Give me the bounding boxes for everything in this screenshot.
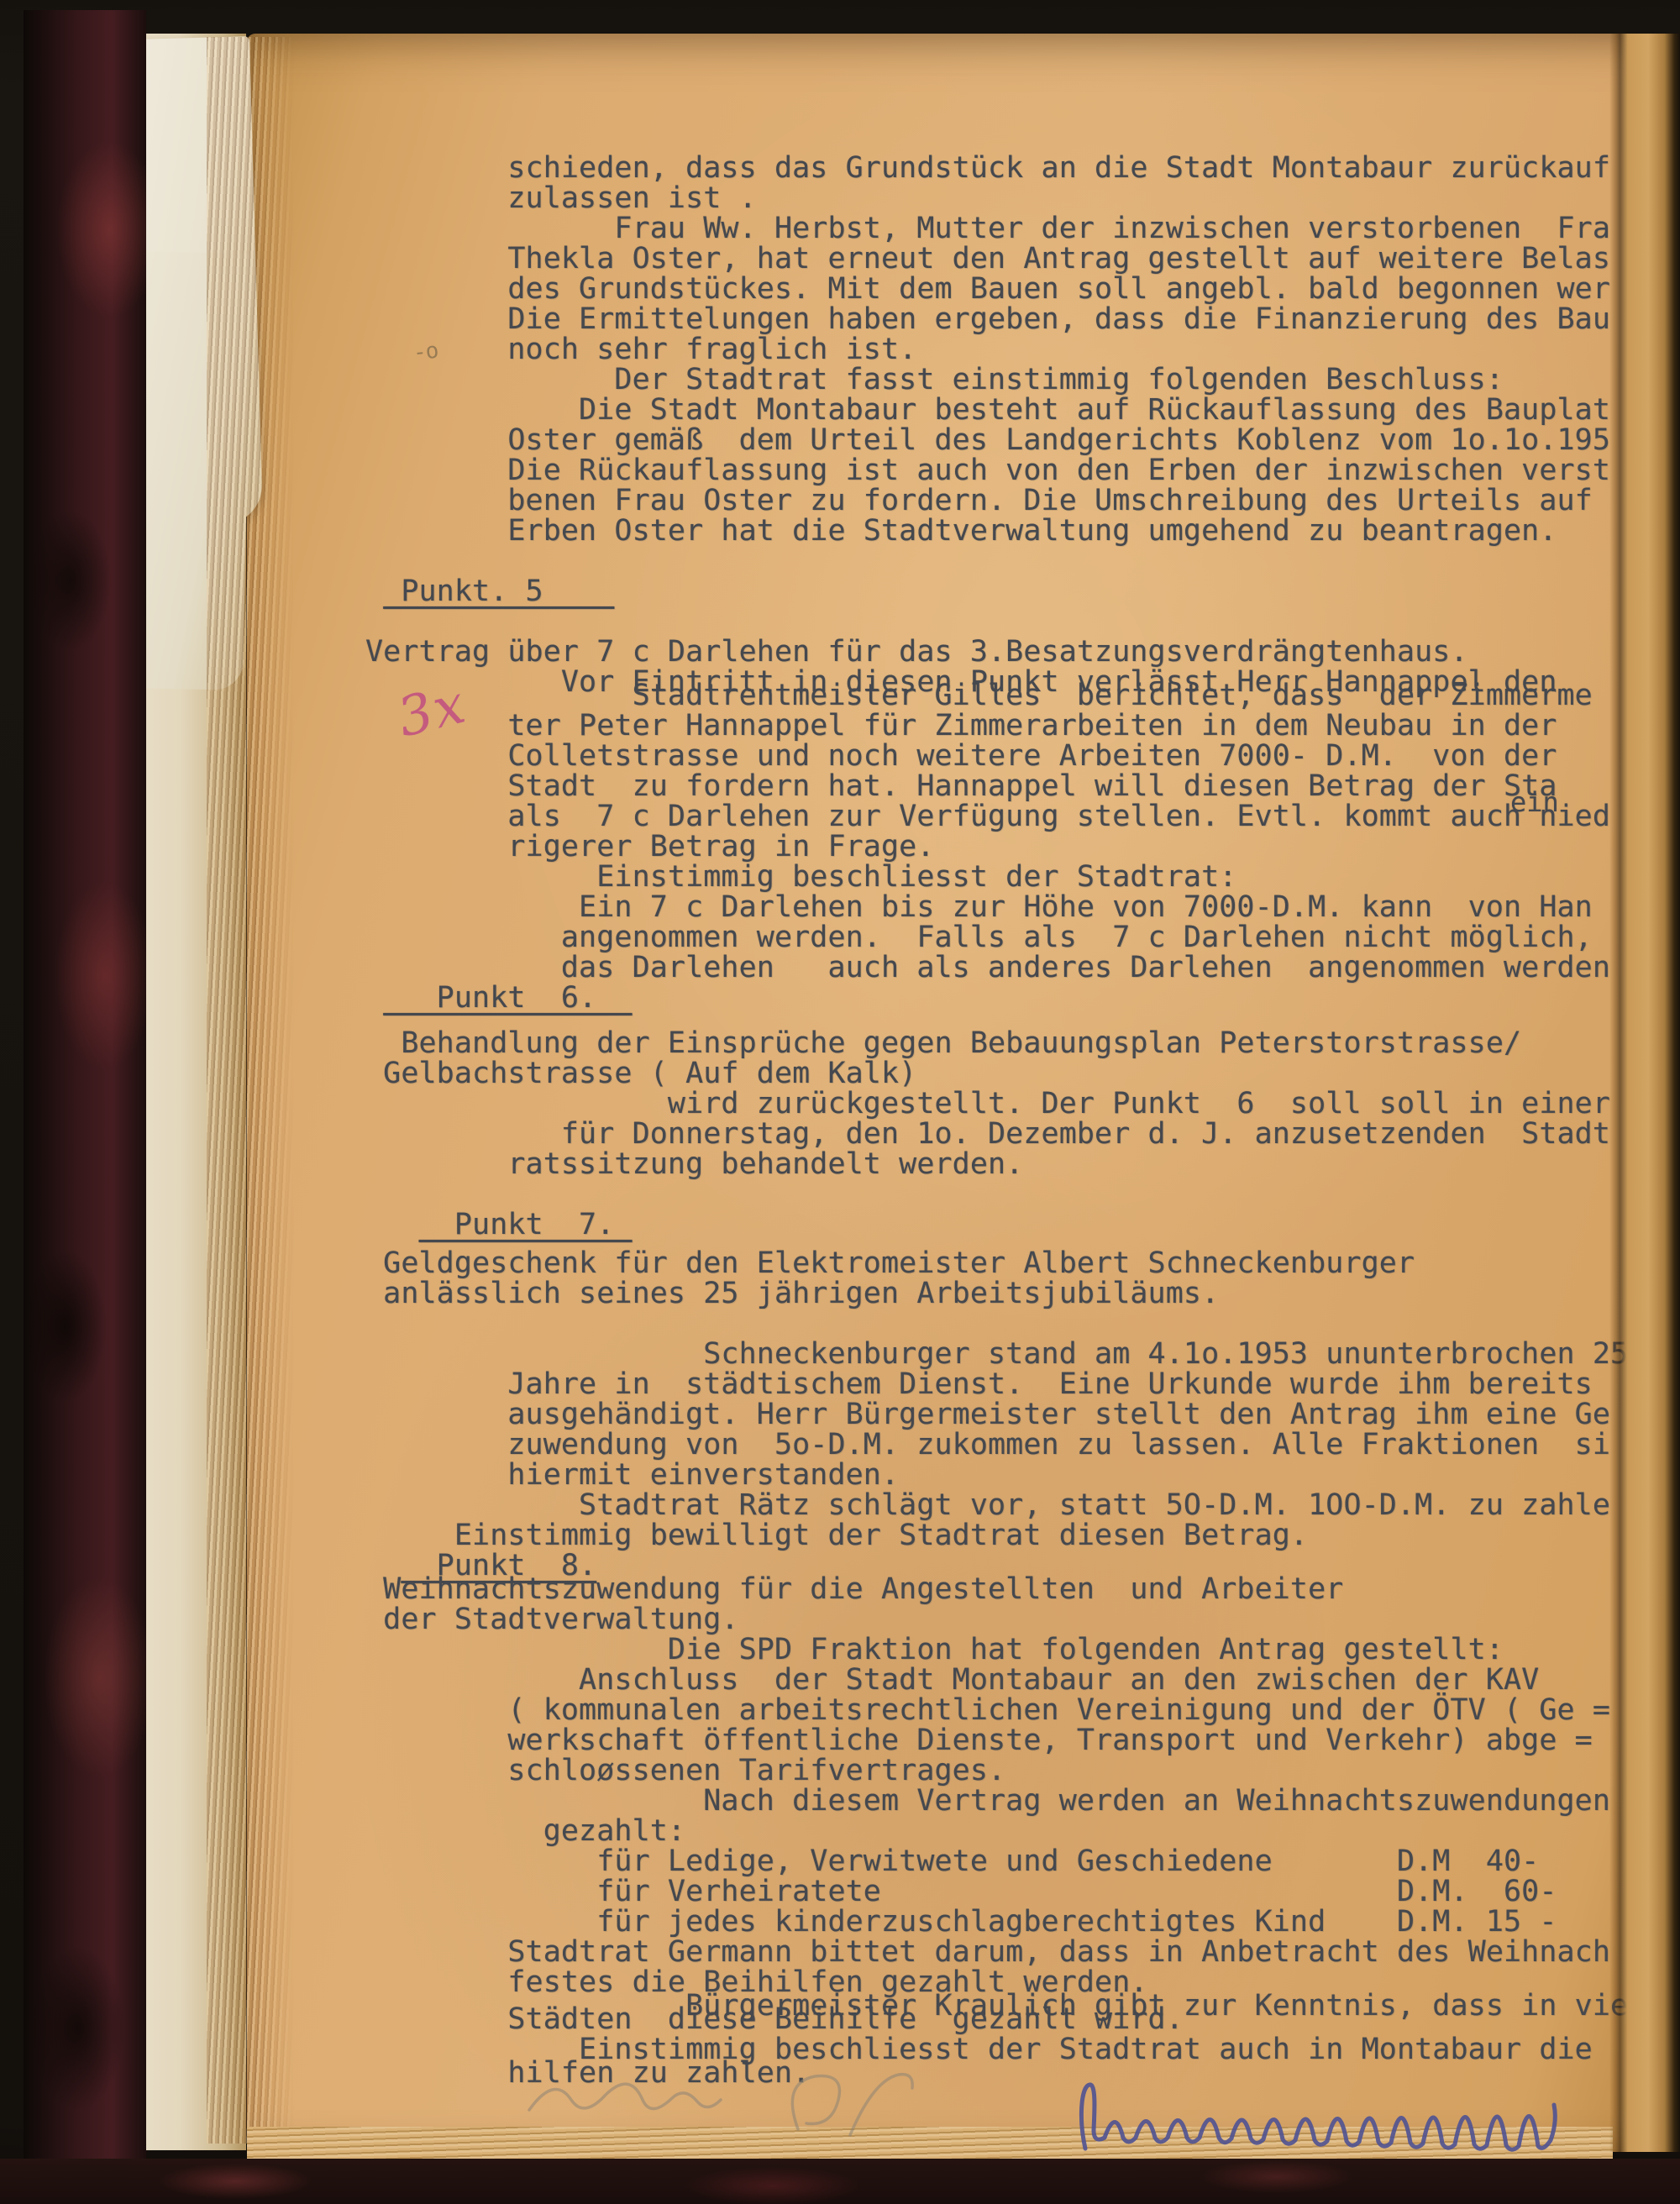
table-surface-marbled	[0, 2159, 1680, 2204]
typed-line: noch sehr fraglich ist.	[365, 334, 1663, 365]
scanned-archive-photo: { "page": { "colors": { "paper": "#d9a76…	[0, 0, 1680, 2204]
typed-line	[365, 606, 1663, 637]
typed-line: für Donnerstag, den 1o. Dezember d. J. a…	[365, 1119, 1663, 1149]
typed-line: benen Frau Oster zu fordern. Die Umschre…	[365, 485, 1663, 516]
typed-line: für Verheiratete D.M. 60-	[365, 1876, 1663, 1907]
typed-line: Geldgeschenk für den Elektromeister Albe…	[365, 1248, 1663, 1278]
typed-line: Schneckenburger stand am 4.1o.1953 ununt…	[365, 1339, 1663, 1369]
typed-line: Oster gemäß dem Urteil des Landgerichts …	[365, 425, 1663, 455]
typed-line: des Grundstückes. Mit dem Bauen soll ang…	[365, 274, 1663, 304]
typed-line	[365, 1179, 1663, 1210]
typed-line: schloøssenen Tarifvertrages.	[365, 1755, 1663, 1786]
typed-line: Weihnachtszuwendung für die Angestellten…	[365, 1574, 1663, 1604]
page-edge-striations	[207, 37, 294, 2144]
typed-line: das Darlehen auch als anderes Darlehen a…	[365, 952, 1663, 983]
section-heading-line: Punkt 6.	[365, 983, 1663, 1013]
typed-line: Stadt zu fordern hat. Hannappel will die…	[365, 771, 1663, 801]
typed-line: Erben Oster hat die Stadtverwaltung umge…	[365, 516, 1663, 546]
typed-line: Vertrag über 7 c Darlehen für das 3.Besa…	[365, 637, 1663, 667]
typed-line: der Stadtverwaltung.	[365, 1604, 1663, 1635]
typed-text: schieden, dass das Grundstück an die Sta…	[365, 153, 1663, 2088]
typed-line: Ein 7 c Darlehen bis zur Höhe von 7000-D…	[365, 892, 1663, 922]
typed-line: ausgehändigt. Herr Bürgermeister stellt …	[365, 1399, 1663, 1430]
typed-line: Thekla Oster, hat erneut den Antrag gest…	[365, 244, 1663, 274]
typed-line: als 7 c Darlehen zur Verfügung stellen. …	[365, 801, 1663, 832]
typed-line: Stadtrat Germann bittet darum, dass in A…	[365, 1937, 1663, 1967]
typed-line: wird zurückgestellt. Der Punkt 6 soll so…	[365, 1089, 1663, 1119]
typed-line: Einstimmig bewilligt der Stadtrat diesen…	[365, 1520, 1663, 1551]
typed-line	[365, 1309, 1663, 1339]
typed-line: Gelbachstrasse ( Auf dem Kalk)	[365, 1058, 1663, 1089]
typed-line: gezahlt:	[365, 1816, 1663, 1846]
typed-line: schieden, dass das Grundstück an die Sta…	[365, 153, 1663, 183]
typed-line: Die Stadt Montabaur besteht auf Rückaufl…	[365, 395, 1663, 425]
typed-line: rigerer Betrag in Frage.	[365, 832, 1663, 862]
book-cover-marbled-edge	[24, 10, 146, 2204]
page-right-curl	[1609, 34, 1680, 2152]
typed-line: Der Stadtrat fasst einstimmig folgenden …	[365, 365, 1663, 395]
typed-line: für jedes kinderzuschlagberechtigtes Kin…	[365, 1907, 1663, 1937]
typed-line: anlässlich seines 25 jährigen Arbeitsjub…	[365, 1278, 1663, 1309]
typed-line: Nach diesem Vertrag werden an Weihnachts…	[365, 1786, 1663, 1816]
typed-line: Behandlung der Einsprüche gegen Bebauung…	[365, 1028, 1663, 1058]
typed-insertion-above-line: ein	[1510, 786, 1559, 818]
section-heading-line: Punkt 7.	[365, 1210, 1663, 1240]
typed-line: zuwendung von 5o-D.M. zukommen zu lassen…	[365, 1430, 1663, 1460]
typed-line: Stadtrat Rätz schlägt vor, statt 5O-D.M.…	[365, 1490, 1663, 1520]
typed-line: Anschluss der Stadt Montabaur an den zwi…	[365, 1665, 1663, 1695]
typed-line: Die Rückauflassung ist auch von den Erbe…	[365, 455, 1663, 485]
typed-line: Die Ermittelungen haben ergeben, dass di…	[365, 304, 1663, 334]
typed-line: Jahre in städtischem Dienst. Eine Urkund…	[365, 1369, 1663, 1399]
typed-line: Frau Ww. Herbst, Mutter der inzwischen v…	[365, 213, 1663, 244]
typed-line: Die SPD Fraktion hat folgenden Antrag ge…	[365, 1635, 1663, 1665]
typed-line: Stadtrentmeister Gilles berichtet, dass …	[365, 680, 1663, 711]
typed-line: Einstimmig beschliesst der Stadtrat:	[365, 862, 1663, 892]
pencil-scribble	[504, 2049, 958, 2167]
typed-line: Colletstrasse und noch weitere Arbeiten …	[365, 741, 1663, 771]
typed-line: zulassen ist .	[365, 183, 1663, 213]
typed-line: ( kommunalen arbeitsrechtlichen Vereinig…	[365, 1695, 1663, 1725]
typed-line: angenommen werden. Falls als 7 c Darlehe…	[365, 922, 1663, 952]
typed-line: werkschaft öffentliche Dienste, Transpor…	[365, 1725, 1663, 1755]
typed-line	[365, 546, 1663, 576]
typed-line: für Ledige, Verwitwete und Geschiedene D…	[365, 1846, 1663, 1876]
pencil-margin-mark: -o	[412, 338, 439, 366]
typed-line: ratssitzung behandelt werden.	[365, 1149, 1663, 1179]
typed-line: hiermit einverstanden.	[365, 1460, 1663, 1490]
typed-line: ter Peter Hannappel für Zimmerarbeiten i…	[365, 711, 1663, 741]
handwritten-signature	[1042, 2058, 1596, 2175]
section-heading-line: Punkt. 5	[365, 576, 1663, 606]
